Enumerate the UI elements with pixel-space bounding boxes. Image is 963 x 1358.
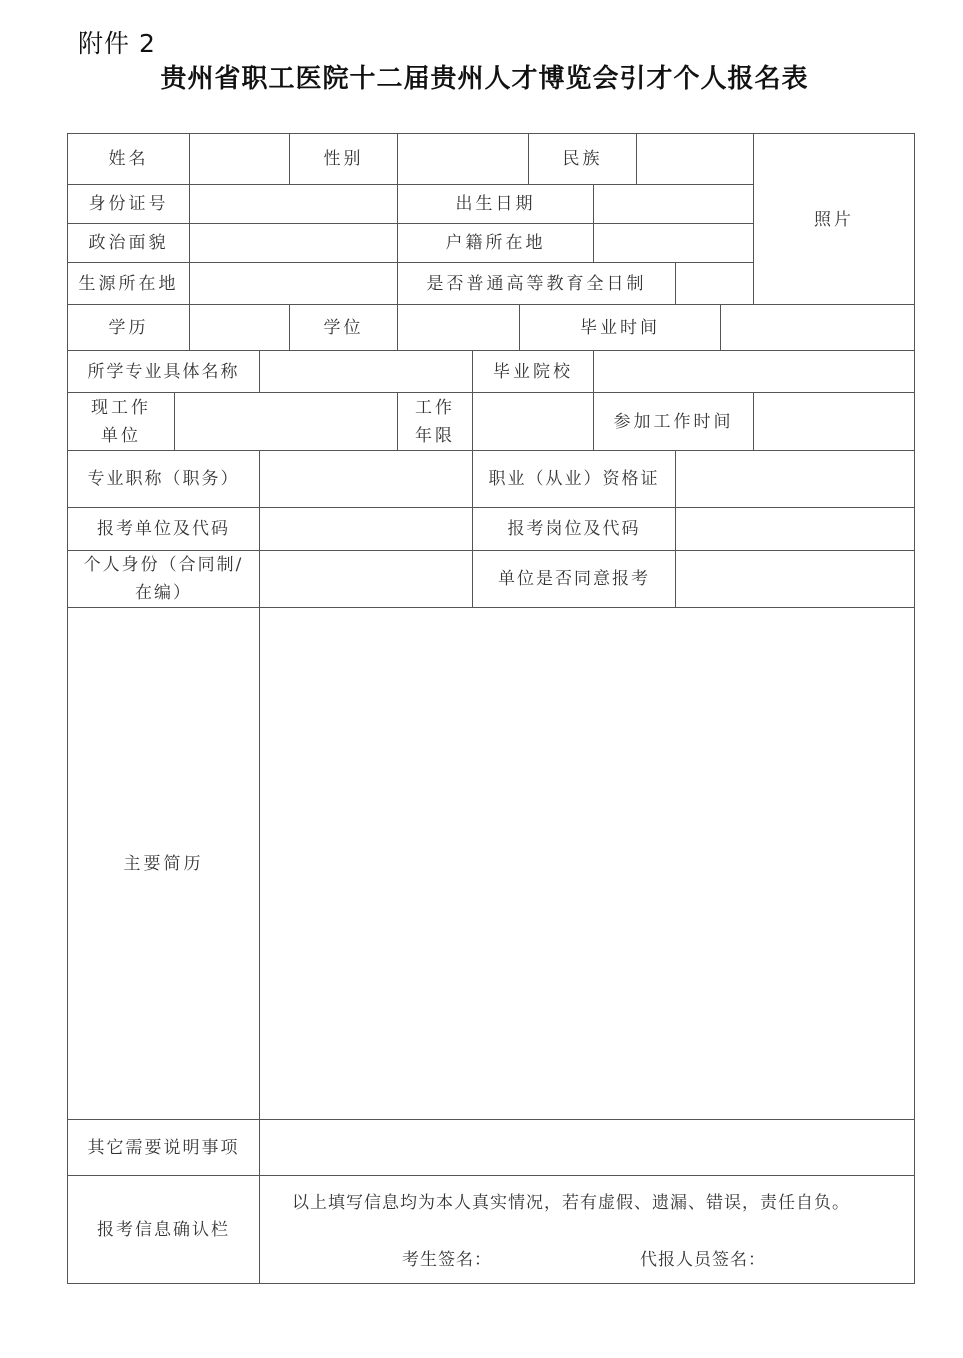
label-id-number: 身份证号 xyxy=(67,184,190,224)
declaration-text: 以上填写信息均为本人真实情况，若有虚假、遗漏、错误，责任自负。 xyxy=(292,1188,850,1213)
other-notes-field[interactable] xyxy=(259,1119,915,1176)
label-photo: 照片 xyxy=(814,206,854,234)
current-employer-field[interactable] xyxy=(174,392,398,451)
professional-title-field[interactable] xyxy=(259,450,473,508)
employer-consent-field[interactable] xyxy=(675,550,915,608)
label-work-start-time: 参加工作时间 xyxy=(593,392,754,451)
label-student-origin: 生源所在地 xyxy=(67,262,190,305)
household-registration-field[interactable] xyxy=(593,223,754,263)
resume-field[interactable] xyxy=(259,607,915,1120)
label-current-employer-line2: 单位 xyxy=(101,422,141,450)
label-qualification-cert: 职业（从业）资格证 xyxy=(472,450,676,508)
personal-status-field[interactable] xyxy=(259,550,473,608)
label-personal-status-line2: 在编） xyxy=(135,579,192,607)
label-resume: 主要简历 xyxy=(67,607,260,1120)
label-graduation-time: 毕业时间 xyxy=(519,304,721,351)
full-time-higher-edu-field[interactable] xyxy=(675,262,754,305)
political-status-field[interactable] xyxy=(189,223,398,263)
label-applied-post-code: 报考岗位及代码 xyxy=(472,507,676,551)
label-full-time-higher-edu: 是否普通高等教育全日制 xyxy=(397,262,676,305)
degree-field[interactable] xyxy=(397,304,520,351)
education-field[interactable] xyxy=(189,304,290,351)
label-personal-status: 个人身份（合同制/ 在编） xyxy=(67,550,260,608)
work-start-time-field[interactable] xyxy=(753,392,915,451)
label-employer-consent: 单位是否同意报考 xyxy=(472,550,676,608)
agent-signature-field[interactable] xyxy=(765,1240,895,1270)
attachment-label: 附件 2 xyxy=(78,24,156,60)
gender-field[interactable] xyxy=(397,133,529,185)
label-graduated-school: 毕业院校 xyxy=(472,350,594,393)
qualification-cert-field[interactable] xyxy=(675,450,915,508)
label-major-name: 所学专业具体名称 xyxy=(67,350,260,393)
photo-box[interactable]: 照片 xyxy=(753,133,915,305)
label-current-employer: 现工作 单位 xyxy=(67,392,175,451)
label-household-registration: 户籍所在地 xyxy=(397,223,594,263)
applied-unit-code-field[interactable] xyxy=(259,507,473,551)
label-professional-title: 专业职称（职务） xyxy=(67,450,260,508)
label-name: 姓名 xyxy=(67,133,190,185)
work-years-field[interactable] xyxy=(472,392,594,451)
agent-signature-label: 代报人员签名： xyxy=(640,1245,766,1270)
applicant-signature-field[interactable] xyxy=(490,1240,620,1270)
applied-post-code-field[interactable] xyxy=(675,507,915,551)
applicant-signature-label: 考生签名： xyxy=(402,1245,492,1270)
page-title: 贵州省职工医院十二届贵州人才博览会引才个人报名表 xyxy=(0,58,963,95)
label-confirmation: 报考信息确认栏 xyxy=(67,1175,260,1284)
label-current-employer-line1: 现工作 xyxy=(91,394,151,422)
label-gender: 性别 xyxy=(289,133,398,185)
id-number-field[interactable] xyxy=(189,184,398,224)
label-personal-status-line1: 个人身份（合同制/ xyxy=(84,551,244,579)
ethnicity-field[interactable] xyxy=(636,133,754,185)
label-degree: 学位 xyxy=(289,304,398,351)
label-ethnicity: 民族 xyxy=(528,133,637,185)
label-birth-date: 出生日期 xyxy=(397,184,594,224)
label-education: 学历 xyxy=(67,304,190,351)
label-work-years-line2: 年限 xyxy=(415,422,455,450)
graduated-school-field[interactable] xyxy=(593,350,915,393)
label-political-status: 政治面貌 xyxy=(67,223,190,263)
label-other-notes: 其它需要说明事项 xyxy=(67,1119,260,1176)
major-name-field[interactable] xyxy=(259,350,473,393)
graduation-time-field[interactable] xyxy=(720,304,915,351)
label-work-years-line1: 工作 xyxy=(415,394,455,422)
student-origin-field[interactable] xyxy=(189,262,398,305)
name-field[interactable] xyxy=(189,133,290,185)
birth-date-field[interactable] xyxy=(593,184,754,224)
label-work-years: 工作 年限 xyxy=(397,392,473,451)
label-applied-unit-code: 报考单位及代码 xyxy=(67,507,260,551)
